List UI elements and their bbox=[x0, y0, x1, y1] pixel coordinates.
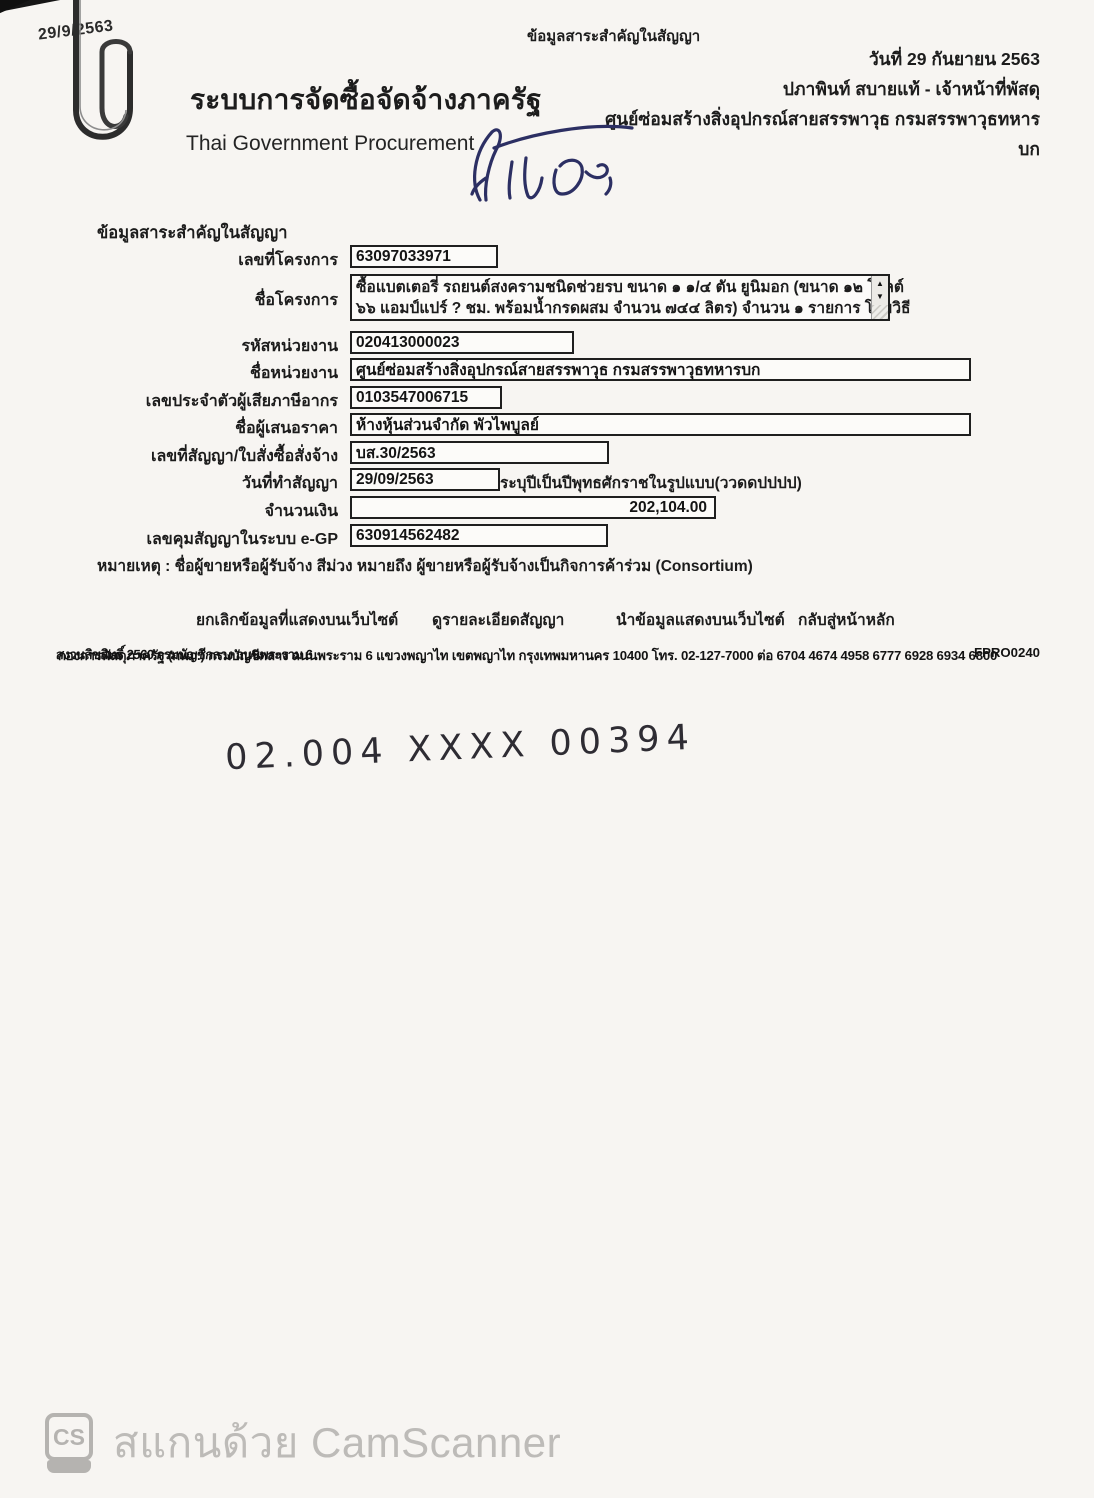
note-highlight-purple: สีม่วง bbox=[317, 558, 353, 575]
project-id-field[interactable] bbox=[350, 245, 498, 268]
tax-id-field[interactable] bbox=[350, 386, 502, 409]
publish-to-website-button[interactable]: นำข้อมูลแสดงบนเว็บไซต์ bbox=[616, 607, 785, 632]
handwritten-code: 02.004 XXXX 00394 bbox=[224, 718, 696, 779]
note-suffix: หมายถึง ผู้ขายหรือผู้รับจ้างเป็นกิจการค้… bbox=[353, 558, 753, 575]
project-name-line2: ๖๖ แอมป์แปร์ ? ชม. พร้อมน้ำกรดผสม จำนวน … bbox=[356, 298, 911, 319]
dept-name-field[interactable] bbox=[350, 358, 971, 381]
page-footer: กองการพัสดุภาครัฐ (กพภ.) กรมบัญชีกลาง ถน… bbox=[58, 645, 1040, 665]
header-right-block: วันที่ 29 กันยายน 2563 ปภาพินท์ สบายแท้ … bbox=[605, 44, 1040, 164]
egp-no-label: เลขคุมสัญญาในระบบ e-GP bbox=[0, 527, 338, 552]
project-id-label: เลขที่โครงการ bbox=[0, 248, 338, 273]
contract-date-label: วันที่ทำสัญญา bbox=[0, 471, 338, 496]
camscanner-label: สแกนด้วย CamScanner bbox=[113, 1410, 561, 1476]
contract-date-hint: ระบุปีเป็นปีพุทธศักราชในรูปแบบ(ววดดปปปป) bbox=[500, 470, 802, 495]
amount-label: จำนวนเงิน bbox=[0, 499, 338, 524]
camscanner-logo-icon: CS bbox=[45, 1413, 93, 1473]
officer-name: ปภาพินท์ สบายแท้ - เจ้าหน้าที่พัสดุ bbox=[605, 74, 1040, 104]
dept-code-label: รหัสหน่วยงาน bbox=[0, 334, 338, 359]
project-name-textarea[interactable]: ซื้อแบตเตอรี่ รถยนต์สงครามชนิดช่วยรบ ขนา… bbox=[350, 274, 890, 321]
footer-form-code: FPRO0240 bbox=[974, 645, 1040, 660]
amount-field[interactable] bbox=[350, 496, 716, 519]
consortium-note: หมายเหตุ : ชื่อผู้ขายหรือผู้รับจ้าง สีม่… bbox=[97, 553, 753, 578]
footer-overprint-text: สงวนลิขสิทธิ์ 2560 กรมบัญชีกลาง ถนนพระรา… bbox=[55, 644, 386, 665]
textarea-scrollbar[interactable]: ▲ ▼ bbox=[871, 276, 888, 319]
system-title-english: Thai Government Procurement bbox=[186, 132, 474, 156]
scanned-document-page: 29/9/2563 ข้อมูลสาระสำคัญในสัญญา วันที่ … bbox=[0, 0, 1094, 1498]
dept-name-label: ชื่อหน่วยงาน bbox=[0, 361, 338, 386]
contract-no-field[interactable] bbox=[350, 441, 609, 464]
scroll-down-icon[interactable]: ▼ bbox=[872, 290, 888, 303]
camscanner-watermark: CS สแกนด้วย CamScanner bbox=[45, 1410, 561, 1476]
tax-id-label: เลขประจำตัวผู้เสียภาษีอากร bbox=[0, 389, 338, 414]
org-name-line2: บก bbox=[605, 134, 1040, 164]
vendor-name-label: ชื่อผู้เสนอราคา bbox=[0, 416, 338, 441]
dept-code-field[interactable] bbox=[350, 331, 574, 354]
resize-grip-icon[interactable] bbox=[872, 305, 888, 319]
note-prefix: หมายเหตุ : ชื่อผู้ขายหรือผู้รับจ้าง bbox=[97, 558, 317, 575]
signature-handwriting bbox=[460, 116, 645, 221]
back-to-home-button[interactable]: กลับสู่หน้าหลัก bbox=[798, 607, 895, 632]
document-date: วันที่ 29 กันยายน 2563 bbox=[605, 44, 1040, 74]
camscanner-cs-text: CS bbox=[45, 1413, 93, 1461]
cancel-publish-button[interactable]: ยกเลิกข้อมูลที่แสดงบนเว็บไซต์ bbox=[196, 607, 398, 632]
org-name-line1: ศูนย์ซ่อมสร้างสิ่งอุปกรณ์สายสรรพาวุธ กรม… bbox=[605, 104, 1040, 134]
vendor-name-field[interactable] bbox=[350, 413, 971, 436]
project-name-label: ชื่อโครงการ bbox=[0, 288, 338, 313]
paperclip-icon bbox=[56, 0, 142, 166]
egp-no-field[interactable] bbox=[350, 524, 608, 547]
section-title: ข้อมูลสาระสำคัญในสัญญา bbox=[97, 220, 287, 246]
contract-date-field[interactable] bbox=[350, 468, 500, 491]
view-contract-detail-button[interactable]: ดูรายละเอียดสัญญา bbox=[432, 607, 564, 632]
scroll-up-icon[interactable]: ▲ bbox=[872, 277, 888, 290]
contract-no-label: เลขที่สัญญา/ใบสั่งซื้อสั่งจ้าง bbox=[0, 444, 338, 469]
project-name-line1: ซื้อแบตเตอรี่ รถยนต์สงครามชนิดช่วยรบ ขนา… bbox=[356, 277, 904, 298]
camscanner-logo-bar bbox=[47, 1460, 91, 1473]
